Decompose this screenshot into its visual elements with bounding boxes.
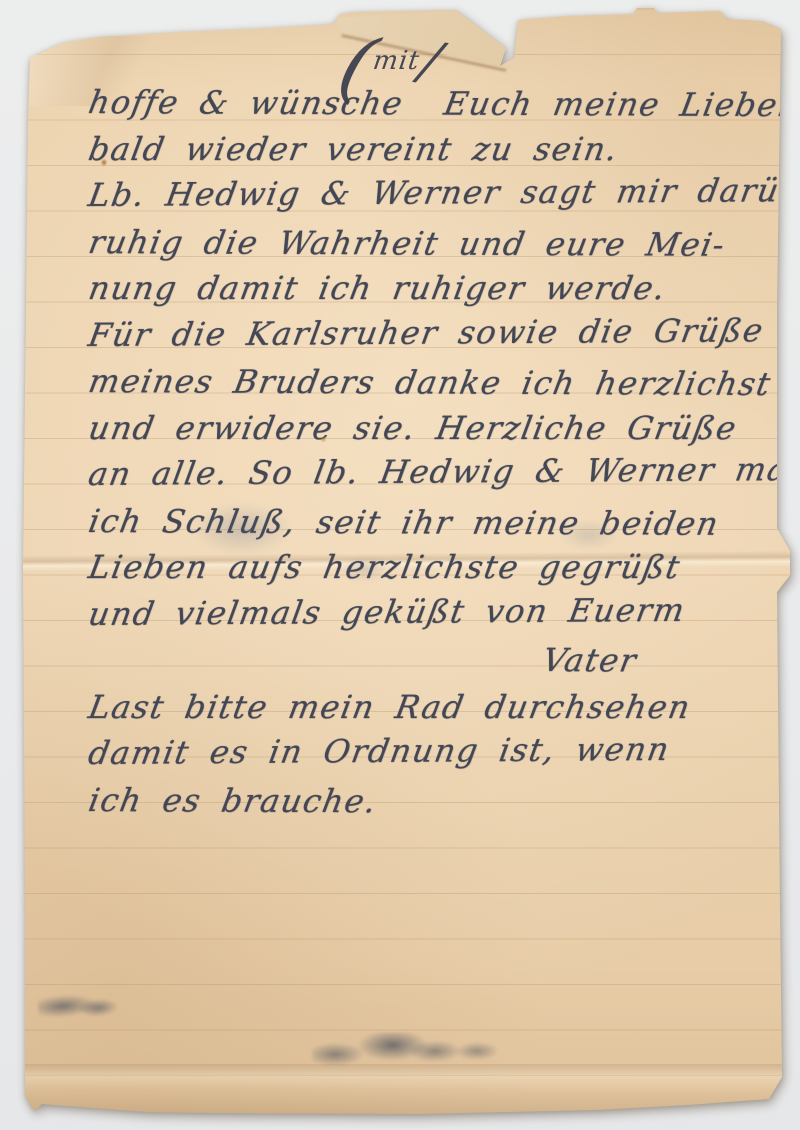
- bottom-fold-crease: [20, 1064, 790, 1120]
- handwriting-line: damit es in Ordnung ist, wenn: [84, 728, 790, 780]
- handwriting-lines: hoffe & wünsche Euch meine Liebenbald wi…: [86, 82, 790, 826]
- handwriting-line: ruhig die Wahrheit und eure Mei-: [84, 222, 790, 272]
- handwriting-line: nung damit ich ruhiger werde.: [84, 268, 790, 315]
- letter-paper-shadow-wrap: ( mit / hoffe & wünsche Euch meine Liebe…: [20, 8, 792, 1122]
- handwriting-line: ich es brauche.: [84, 780, 790, 830]
- letter-paper: ( mit / hoffe & wünsche Euch meine Liebe…: [20, 8, 790, 1120]
- handwriting-line: Lieben aufs herzlichste gegrüßt: [84, 547, 790, 594]
- handwriting-line: an alle. So lb. Hedwig & Werner mache: [84, 449, 790, 501]
- handwriting-line: und erwidere sie. Herzliche Grüße: [84, 408, 790, 455]
- handwriting-line: und vielmals geküßt von Euerm: [84, 588, 790, 640]
- handwriting-line: ich Schluß, seit ihr meine beiden: [84, 501, 790, 551]
- handwriting-line: meines Bruders danke ich herzlichst: [84, 361, 790, 411]
- handwriting-line: Lb. Hedwig & Werner sagt mir darüber: [84, 170, 790, 222]
- handwriting-line: hoffe & wünsche Euch meine Lieben: [84, 82, 790, 132]
- handwriting-line: bald wieder vereint zu sein.: [84, 129, 790, 176]
- signature-line: Vater: [538, 640, 790, 688]
- handwriting-line: Last bitte mein Rad durchsehen: [84, 687, 790, 734]
- page-background: ( mit / hoffe & wünsche Euch meine Liebe…: [0, 0, 800, 1130]
- inserted-word: mit: [371, 46, 422, 76]
- handwriting-line: Für die Karlsruher sowie die Grüße: [84, 309, 790, 361]
